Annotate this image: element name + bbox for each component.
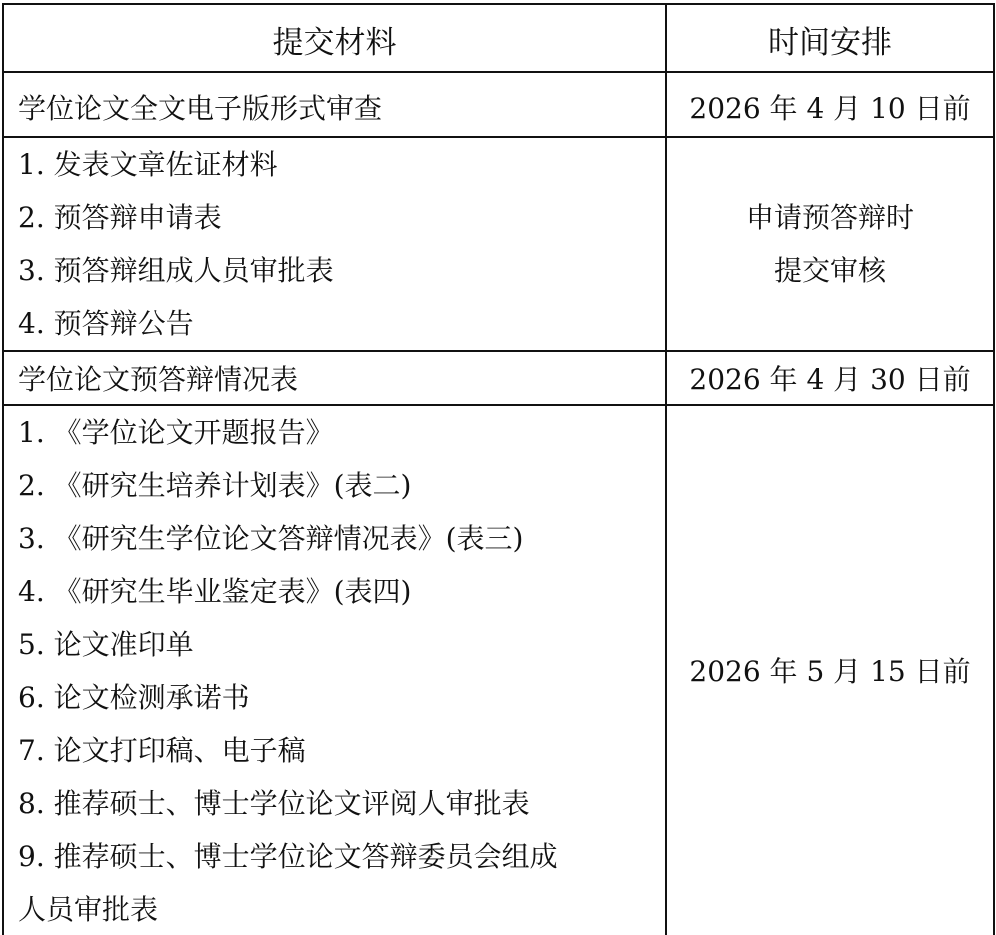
- material-item: 学位论文预答辩情况表: [18, 352, 665, 404]
- materials-cell: 1. 发表文章佐证材料 2. 预答辩申请表 3. 预答辩组成人员审批表 4. 预…: [3, 137, 666, 351]
- material-item: 4. 预答辩公告: [18, 297, 665, 350]
- material-item: 1. 发表文章佐证材料: [18, 138, 665, 191]
- materials-cell: 学位论文全文电子版形式审查: [3, 72, 666, 137]
- materials-cell: 1. 《学位论文开题报告》 2. 《研究生培养计划表》(表二) 3. 《研究生学…: [3, 405, 666, 935]
- material-item: 3. 《研究生学位论文答辩情况表》(表三): [18, 512, 665, 565]
- material-item: 9. 推荐硕士、博士学位论文答辩委员会组成: [18, 830, 665, 883]
- deadline-line: 申请预答辩时: [667, 191, 993, 244]
- material-item: 2. 《研究生培养计划表》(表二): [18, 459, 665, 512]
- material-item-continuation: 人员审批表: [18, 883, 665, 935]
- material-item: 8. 推荐硕士、博士学位论文评阅人审批表: [18, 777, 665, 830]
- table-row: 1. 发表文章佐证材料 2. 预答辩申请表 3. 预答辩组成人员审批表 4. 预…: [3, 137, 994, 351]
- time-cell: 申请预答辩时 提交审核: [666, 137, 994, 351]
- material-item: 5. 论文准印单: [18, 618, 665, 671]
- time-cell: 2026 年 4 月 10 日前: [666, 72, 994, 137]
- header-materials: 提交材料: [3, 4, 666, 72]
- time-cell: 2026 年 5 月 15 日前: [666, 405, 994, 935]
- material-item: 4. 《研究生毕业鉴定表》(表四): [18, 565, 665, 618]
- deadline: 2026 年 4 月 30 日前: [667, 352, 993, 404]
- material-item: 学位论文全文电子版形式审查: [18, 73, 665, 136]
- material-item: 3. 预答辩组成人员审批表: [18, 244, 665, 297]
- deadline: 2026 年 4 月 10 日前: [667, 73, 993, 136]
- header-time: 时间安排: [666, 4, 994, 72]
- materials-cell: 学位论文预答辩情况表: [3, 351, 666, 405]
- material-item: 6. 论文检测承诺书: [18, 671, 665, 724]
- time-cell: 2026 年 4 月 30 日前: [666, 351, 994, 405]
- material-item: 2. 预答辩申请表: [18, 191, 665, 244]
- table-row: 1. 《学位论文开题报告》 2. 《研究生培养计划表》(表二) 3. 《研究生学…: [3, 405, 994, 935]
- deadline-line: 提交审核: [667, 244, 993, 297]
- header-row: 提交材料 时间安排: [3, 4, 994, 72]
- material-item: 1. 《学位论文开题报告》: [18, 406, 665, 459]
- table-row: 学位论文预答辩情况表 2026 年 4 月 30 日前: [3, 351, 994, 405]
- deadline: 2026 年 5 月 15 日前: [667, 645, 993, 698]
- table-row: 学位论文全文电子版形式审查 2026 年 4 月 10 日前: [3, 72, 994, 137]
- submission-schedule-table: 提交材料 时间安排 学位论文全文电子版形式审查 2026 年 4 月 10 日前…: [2, 3, 995, 935]
- material-item: 7. 论文打印稿、电子稿: [18, 724, 665, 777]
